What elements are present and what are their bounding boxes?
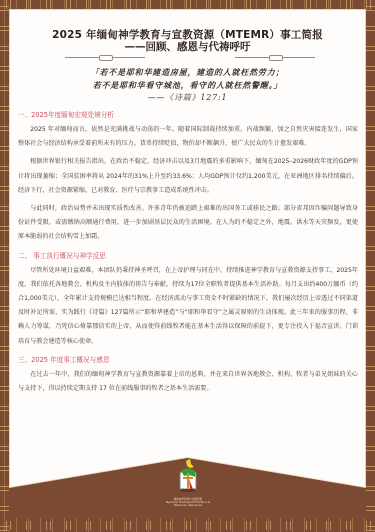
section-heading-2: 二、 事工执行概况与神学反思: [18, 249, 358, 263]
document-subtitle: ——回顾、感恩与代祷呼吁: [0, 39, 375, 54]
section-1-paragraph-1: 2025 年对缅甸而言，依然是充满挑战与动荡的一年。随着国际制裁持续加重，内战频…: [18, 123, 358, 151]
section-2-paragraph-1: 尽管所处环境日益艰难，本团队仍秉持神圣呼召，在上帝护理与同在中，持续推进神学教育…: [18, 264, 358, 349]
section-3-paragraph-1: 在过去一年中，我们的缅甸神学教育与宣教资源靠着上帝的恩典，并在来自世界各地教会、…: [18, 368, 358, 396]
section-heading-3: 三、2025 年度事工概况与感恩: [18, 353, 358, 367]
scripture-quote-line-2: 若不是耶和华看守城池，看守的人就枉然警醒。」: [0, 80, 375, 91]
ornamental-divider-right: [235, 55, 315, 59]
ornamental-divider-left: [65, 55, 145, 59]
scripture-quote-line-1: 「若不是耶和华建造房屋，建造的人就枉然劳力；: [0, 67, 375, 78]
scripture-quote-source: ——《诗篇》127:1: [0, 92, 375, 103]
logo-caption: 缅甸神学教育与宣教资源 Myanmar Theological Educatio…: [160, 498, 216, 507]
section-heading-1: 一、2025年度缅甸宏观处境分析: [18, 108, 358, 122]
frame-ornament-bottom: [0, 521, 375, 530]
document-body: 一、2025年度缅甸宏观处境分析 2025 年对缅甸而言，依然是充满挑战与动荡的…: [18, 108, 358, 400]
logo-caption-en: Myanmar Theological Education & Missiona…: [160, 501, 216, 507]
section-1-paragraph-3: 与此同时，政治局势并未出现实质性改善。许多青年仍被迫踏上艰难的出国务工或移民之路…: [18, 202, 358, 245]
frame-ornament-top: [0, 0, 375, 9]
section-1-paragraph-2: 根据世界银行相关报告指出，在政治不稳定、经济冲击以及3月地震的多重影响下，缅甸在…: [18, 155, 358, 198]
